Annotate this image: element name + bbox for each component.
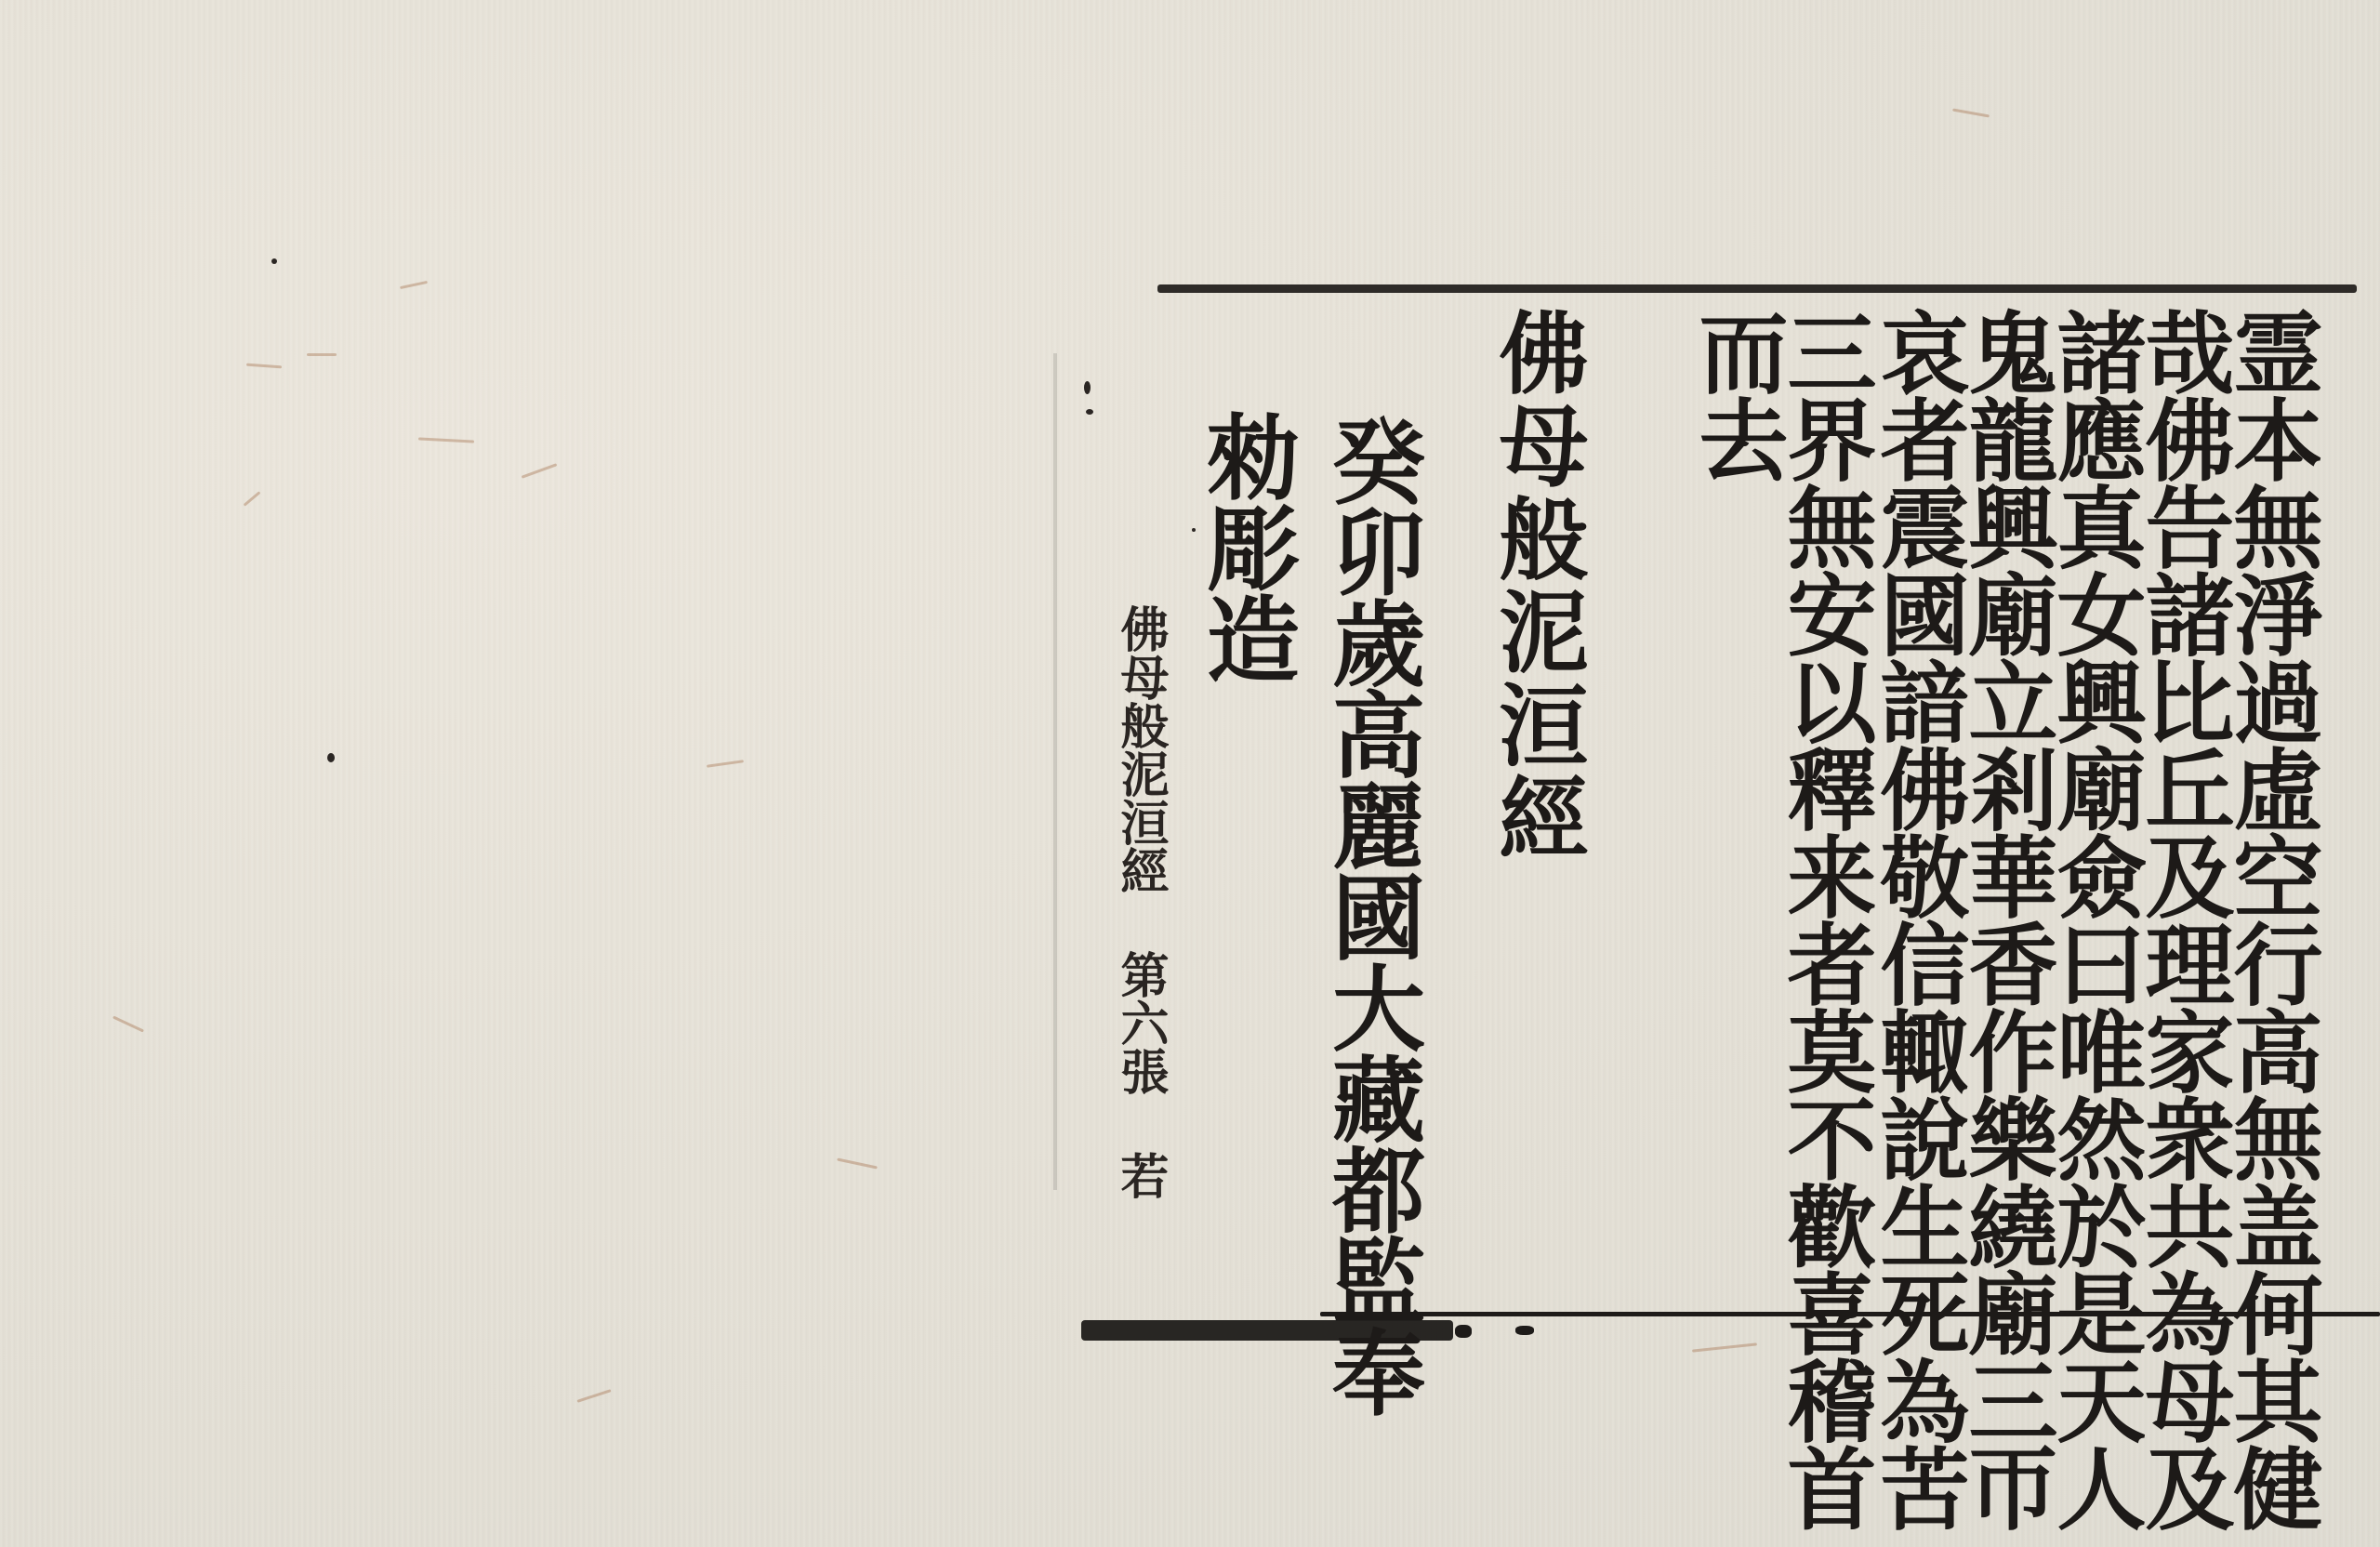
ink-blot [1515, 1326, 1534, 1335]
body-column-5: 哀者震國諳佛敬信輙說生死為苦 [1873, 307, 1963, 1530]
paper-fiber [244, 491, 261, 506]
paper-fiber [418, 437, 474, 443]
paper-fiber [837, 1157, 878, 1169]
body-column-2: 哉佛告諸比丘及理家衆共為母及 [2138, 307, 2228, 1530]
paper-speck [1086, 409, 1093, 415]
paper-fiber [576, 1389, 611, 1403]
paper-fiber [1692, 1342, 1757, 1352]
paper-fiber [112, 1016, 144, 1033]
paper-speck [1084, 381, 1091, 394]
body-column-1: 霊本無淨過虛空行高無盖何其健 [2227, 307, 2316, 1530]
colophon-line-1: 癸卯歲高麗國大藏都監奉 [1325, 414, 1418, 1416]
footer-page-number: 第六張 [1112, 950, 1169, 1095]
paper-fiber [1952, 109, 1990, 118]
top-border-rule [1157, 284, 2357, 293]
paper-speck [271, 258, 277, 264]
end-title: 佛母般泥洹經 [1492, 307, 1581, 865]
footer-sutra-title: 佛母般泥洹經 [1112, 604, 1169, 894]
paper-fiber [707, 760, 744, 768]
ink-blot [1455, 1325, 1472, 1338]
paper-fiber [522, 463, 558, 478]
margin-footer: 佛母般泥洹經第六張若 [1116, 604, 1164, 1199]
footer-case-mark: 若 [1112, 1151, 1169, 1199]
paper-speck [327, 753, 335, 762]
paper-fiber [246, 364, 282, 369]
faint-vertical-rule [1053, 353, 1057, 1190]
body-column-6: 三界無安以釋来者莫不歡喜稽首 [1780, 307, 1870, 1530]
body-column-7: 而去 [1692, 307, 1781, 482]
body-column-3: 諸應真女興廟僉曰唯然於是天人 [2050, 307, 2139, 1530]
colophon-line-2: 勑彫造 [1199, 409, 1292, 682]
paper-fiber [307, 353, 337, 356]
paper-fiber [400, 281, 428, 289]
body-column-4: 鬼龍興廟立剎華香作樂繞廟三帀 [1962, 307, 2051, 1530]
